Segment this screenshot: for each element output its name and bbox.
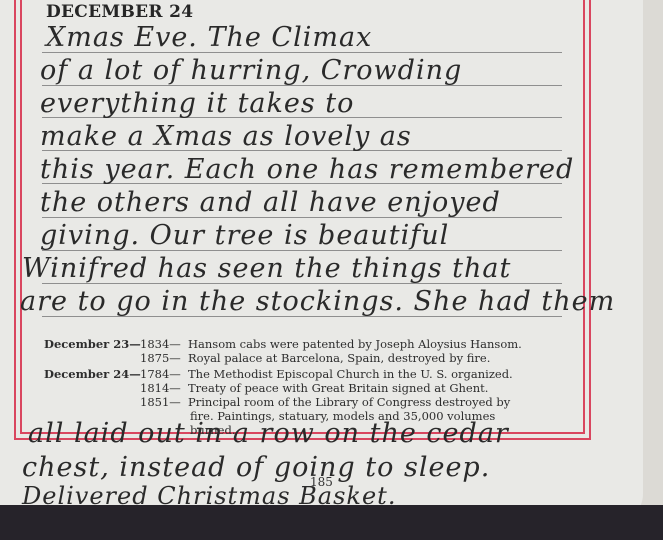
- event-row: December 24— 1784— The Methodist Episcop…: [44, 367, 564, 381]
- diary-page: DECEMBER 24 Xmas Eve. The Climax of a lo…: [0, 0, 643, 522]
- event-row: 1814— Treaty of peace with Great Britain…: [44, 381, 564, 395]
- handwritten-line: all laid out in a row on the cedar: [28, 418, 509, 449]
- book-edge: [0, 505, 663, 540]
- date-header: DECEMBER 24: [46, 2, 193, 22]
- handwritten-line: everything it takes to: [40, 88, 354, 119]
- handwritten-line: Xmas Eve. The Climax: [46, 22, 372, 53]
- handwritten-line: this year. Each one has remembered: [40, 154, 574, 185]
- handwritten-line: the others and all have enjoyed: [40, 187, 501, 218]
- handwritten-line: chest, instead of going to sleep.: [22, 452, 490, 483]
- event-row: December 23— 1834— Hansom cabs were pate…: [44, 337, 564, 351]
- handwritten-line: giving. Our tree is beautiful: [40, 220, 449, 251]
- handwritten-line: of a lot of hurring, Crowding: [40, 55, 462, 86]
- handwritten-line: are to go in the stockings. She had them: [20, 286, 615, 317]
- event-row: 1875— Royal palace at Barcelona, Spain, …: [44, 351, 564, 365]
- handwritten-line: Winifred has seen the things that: [22, 253, 511, 284]
- page-number: 185: [310, 475, 333, 489]
- event-row: 1851— Principal room of the Library of C…: [44, 395, 564, 409]
- handwritten-line: make a Xmas as lovely as: [40, 121, 412, 152]
